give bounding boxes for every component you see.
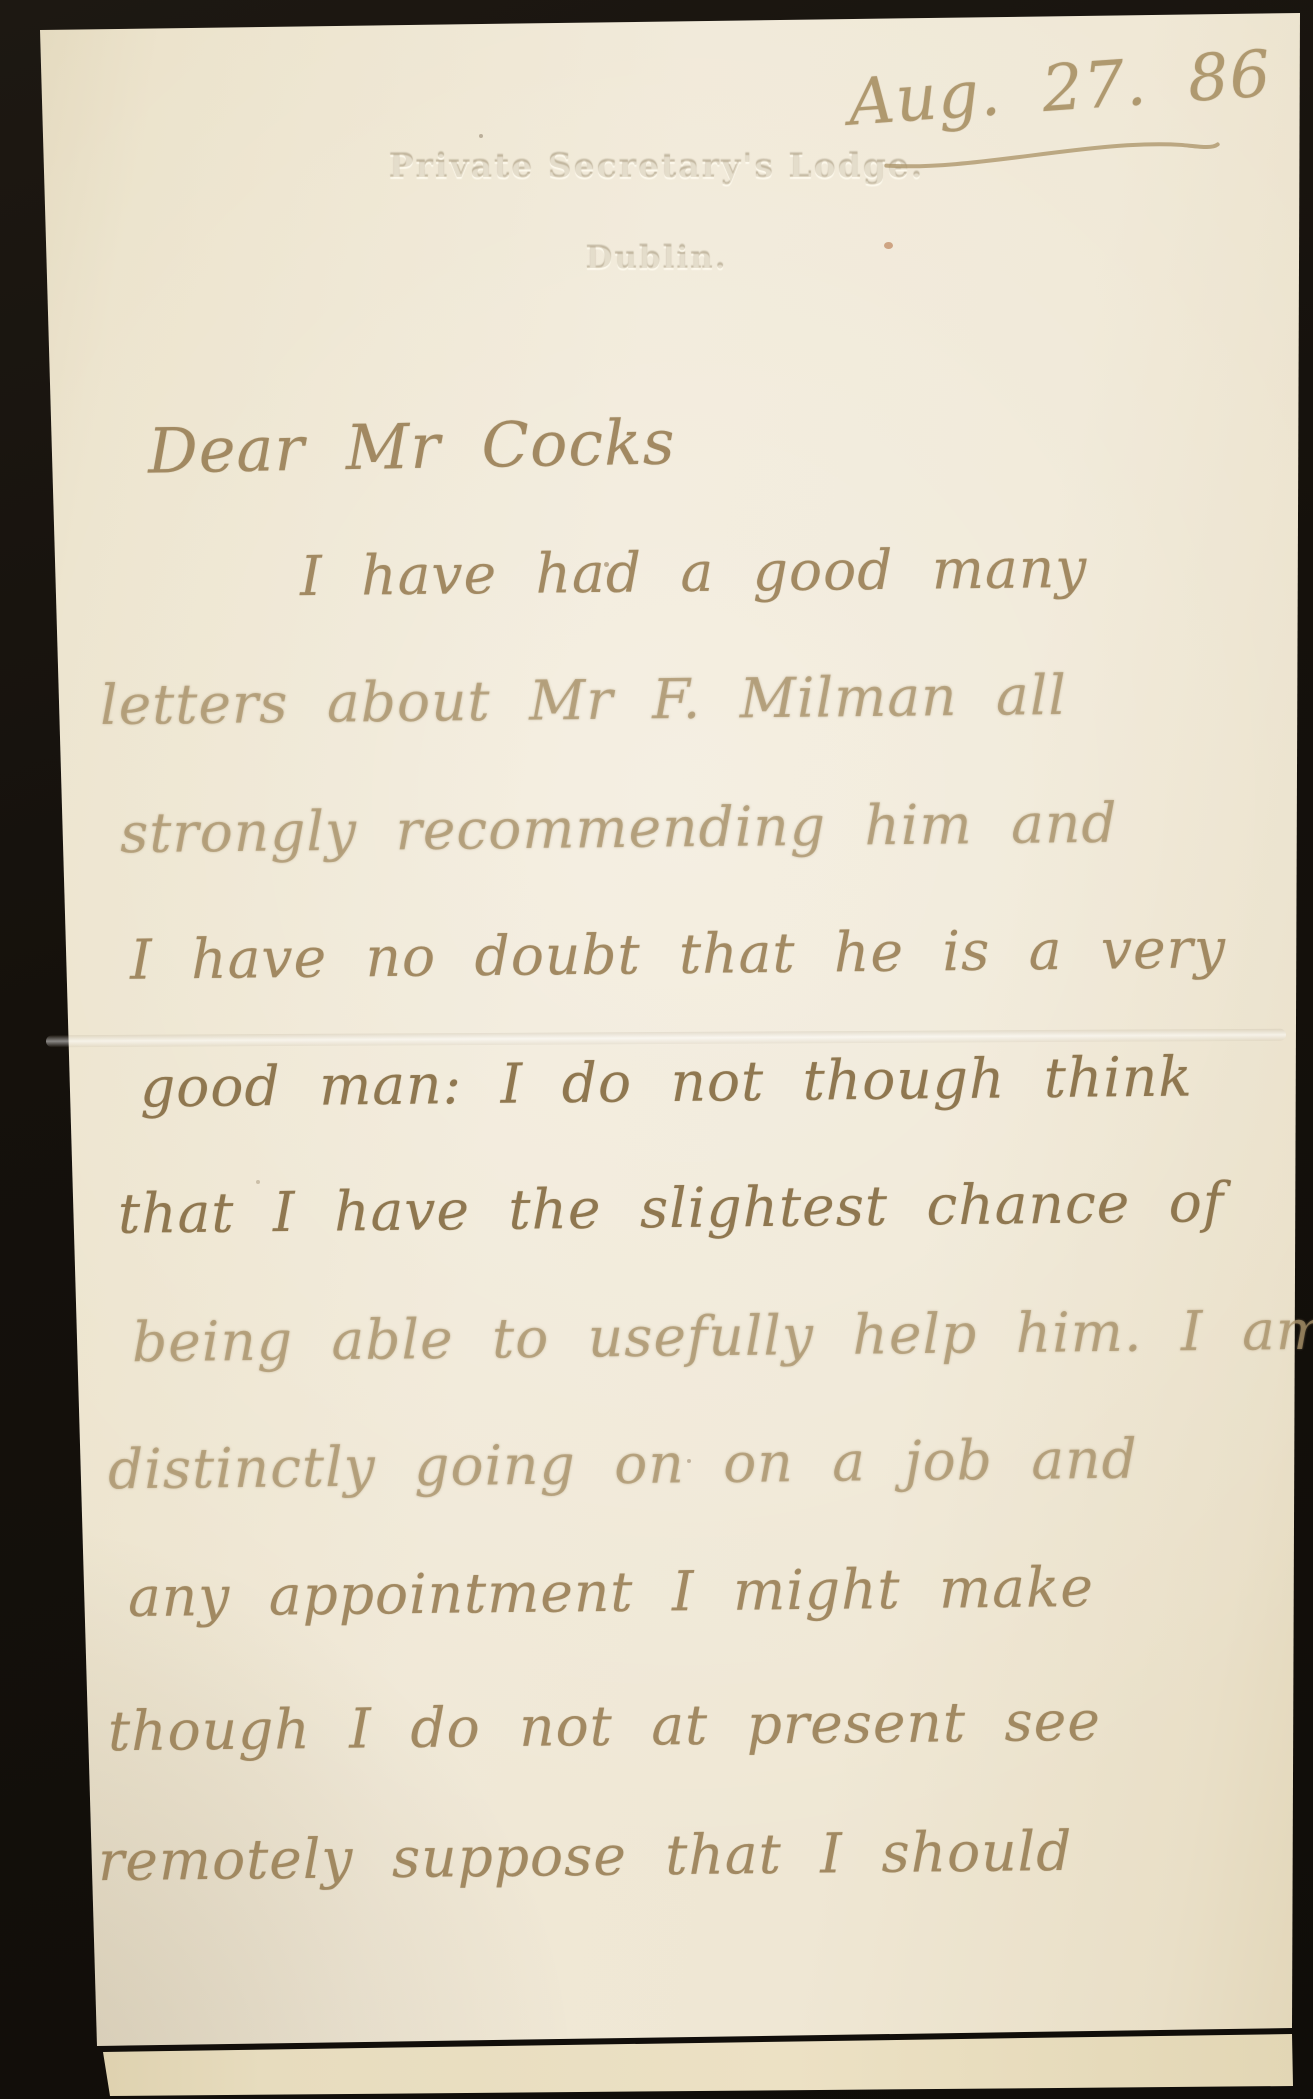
body-line: I have had a good many xyxy=(300,536,1088,608)
body-line: strongly recommending him and xyxy=(120,791,1118,865)
body-line: distinctly going on on a job and xyxy=(108,1427,1138,1502)
body-line: any appointment I might make xyxy=(128,1555,1095,1629)
body-line: that I have the slightest chance of xyxy=(118,1170,1225,1246)
body-line: I have no doubt that he is a very xyxy=(130,916,1227,991)
body-line: letters about Mr F. Milman all xyxy=(100,663,1068,737)
body-line: remotely suppose that I should xyxy=(98,1819,1073,1893)
photo-background: Private Secretary's Lodge. Dublin. Aug. … xyxy=(0,0,1313,2099)
salutation-text: Dear Mr Cocks xyxy=(147,405,676,487)
body-line: though I do not at present see xyxy=(108,1689,1101,1763)
paper-speckle xyxy=(479,134,483,138)
body-line: being able to usefully help him. I am xyxy=(132,1298,1313,1375)
body-line: good man: I do not though think xyxy=(140,1044,1193,1119)
letterhead-line2: Dublin. xyxy=(0,240,1313,276)
